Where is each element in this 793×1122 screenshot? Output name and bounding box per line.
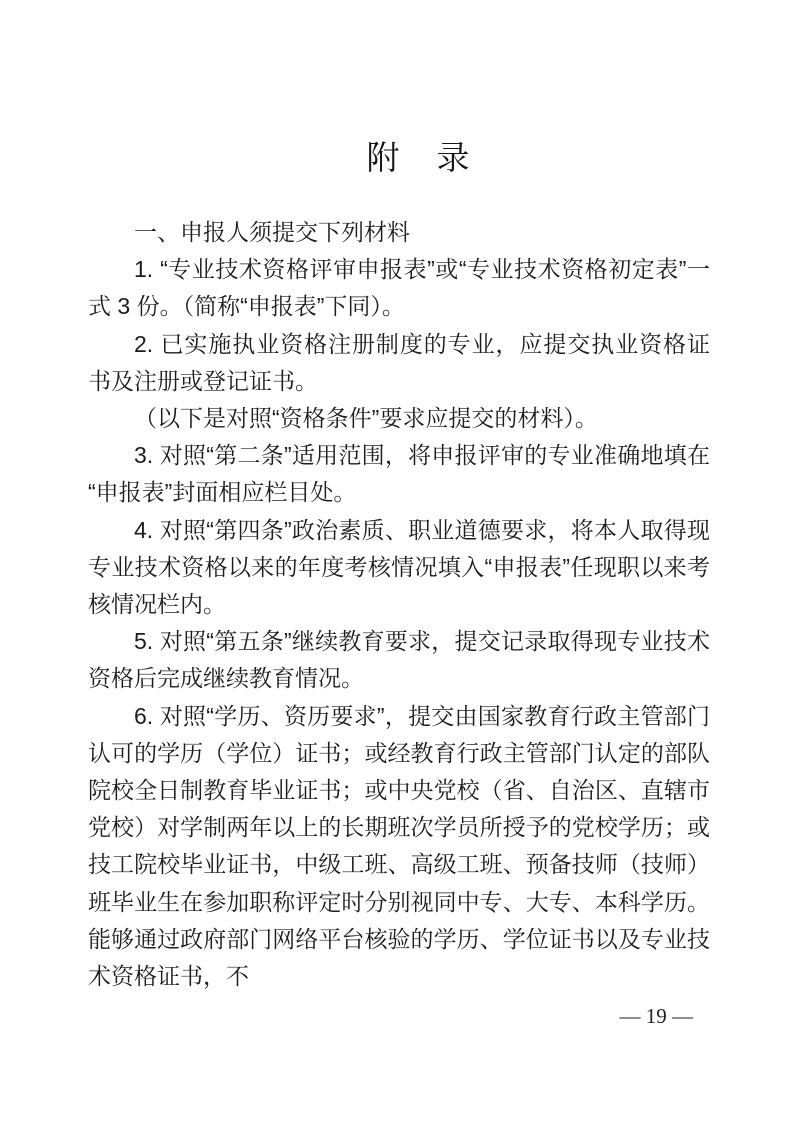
- body-paragraph-4: 3. 对照“第二条”适用范围，将申报评审的专业准确地填在“申报表”封面相应栏目处…: [88, 437, 710, 511]
- body-paragraph-6: 5. 对照“第五条”继续教育要求，提交记录取得现专业技术资格后完成继续教育情况。: [88, 623, 710, 697]
- document-page: 附 录 一、申报人须提交下列材料 1. “专业技术资格评审申报表”或“专业技术资…: [0, 0, 793, 1122]
- body-paragraph-5: 4. 对照“第四条”政治素质、职业道德要求，将本人取得现专业技术资格以来的年度考…: [88, 512, 710, 624]
- page-number: — 19 —: [620, 1004, 694, 1029]
- body-paragraph-7: 6. 对照“学历、资历要求”，提交由国家教育行政主管部门认可的学历（学位）证书；…: [88, 698, 710, 996]
- body-paragraph-2: 2. 已实施执业资格注册制度的专业，应提交执业资格证书及注册或登记证书。: [88, 326, 710, 400]
- body-paragraph-3: （以下是对照“资格条件”要求应提交的材料）。: [88, 400, 710, 437]
- body-paragraph-1: 1. “专业技术资格评审申报表”或“专业技术资格初定表”一式 3 份。（简称“申…: [88, 251, 710, 325]
- appendix-title: 附 录: [108, 132, 730, 179]
- document-body: 一、申报人须提交下列材料 1. “专业技术资格评审申报表”或“专业技术资格初定表…: [88, 214, 710, 995]
- section-heading: 一、申报人须提交下列材料: [88, 214, 710, 251]
